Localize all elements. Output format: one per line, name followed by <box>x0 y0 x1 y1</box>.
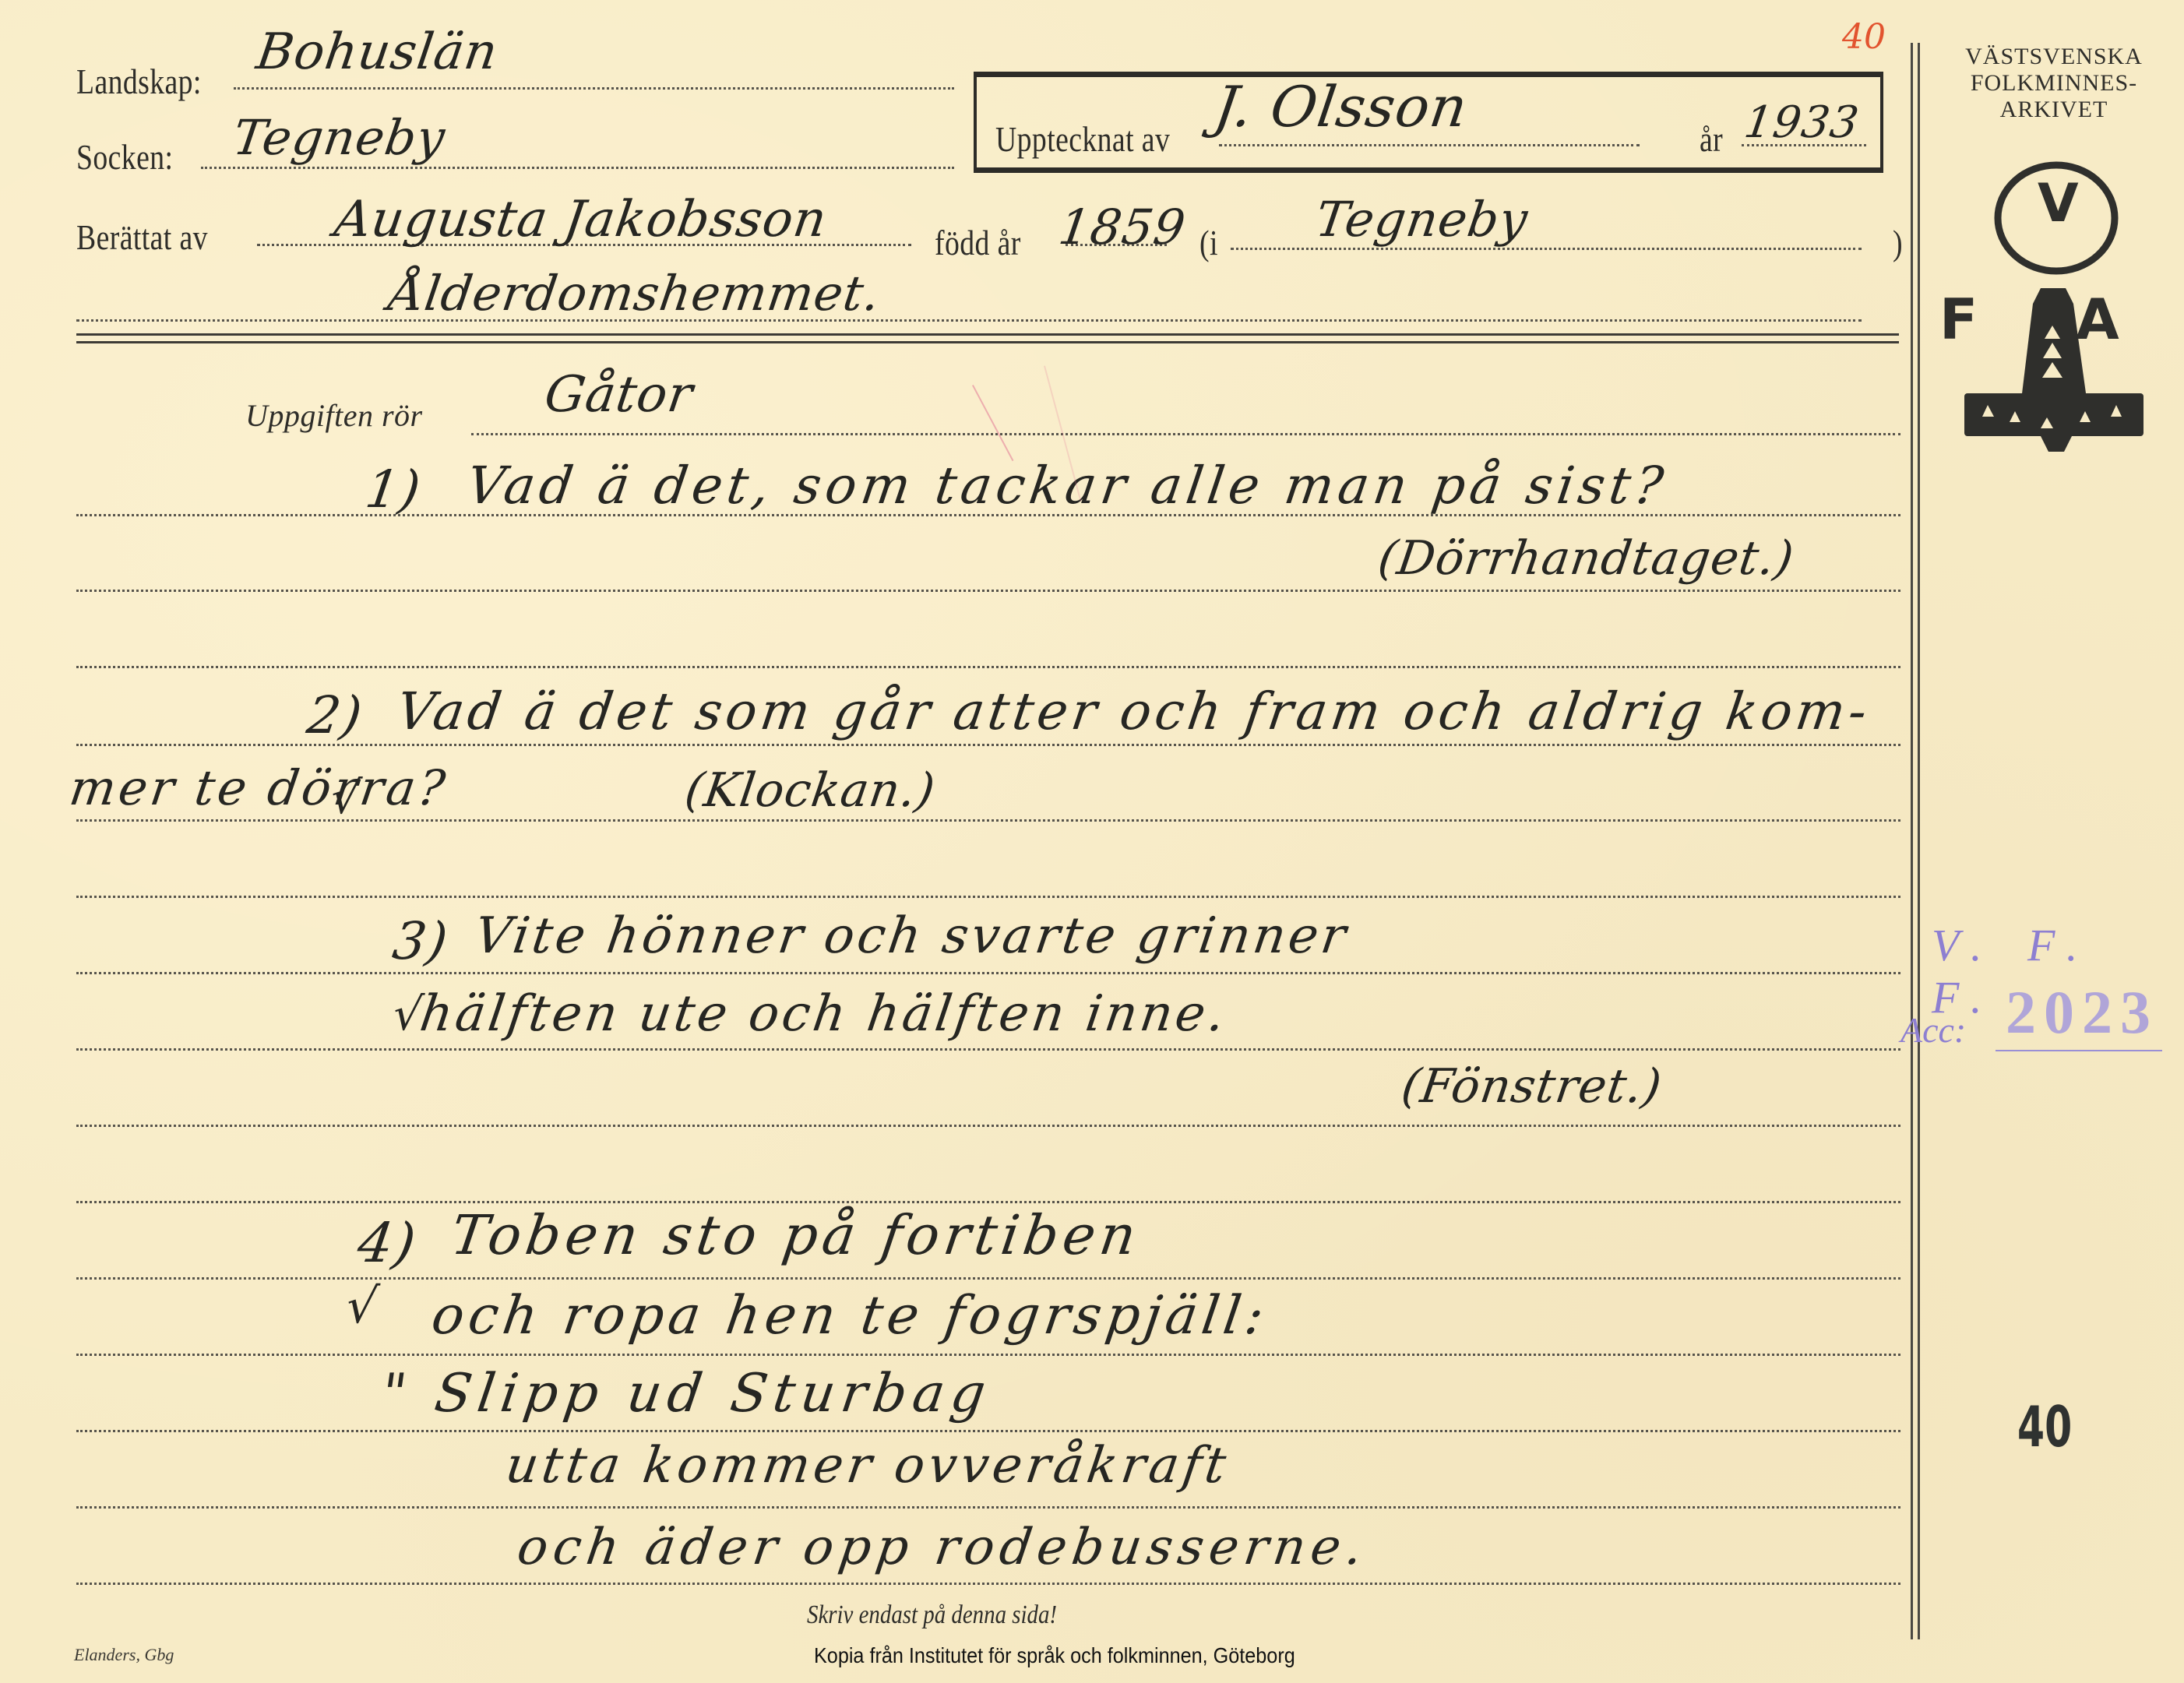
riddle-line: Vite hönner och svarte grinner <box>471 907 1352 965</box>
logo-letter-f: F <box>1939 287 1978 352</box>
riddle-number: 1) <box>362 459 425 519</box>
stamp-acc-number: 2023 <box>2006 977 2158 1047</box>
socken-line <box>201 167 954 169</box>
riddle-number: 2) <box>304 685 367 745</box>
riddle-line: Vad ä det, som tackar alle man på sist? <box>463 456 1671 516</box>
ar-label: år <box>1700 118 1723 160</box>
instruction-text: Skriv endast på denna sida! <box>807 1600 1057 1630</box>
check-mark-icon: √ <box>343 1277 382 1334</box>
printer-mark: Elanders, Gbg <box>74 1645 174 1665</box>
archive-name-line2: FOLKMINNES- <box>1924 70 2184 97</box>
landskap-line <box>234 87 954 90</box>
archive-name-line3: ARKIVET <box>1924 97 2184 123</box>
ruled-line <box>76 666 1900 668</box>
socken-value: Tegneby <box>230 109 449 166</box>
ruled-line <box>76 1430 1900 1432</box>
berattat-line2 <box>76 319 1862 322</box>
red-page-number: 40 <box>1842 17 1886 57</box>
logo-letter-a: A <box>2076 287 2119 352</box>
copy-note: Kopia från Institutet för språk och folk… <box>814 1643 1295 1668</box>
ruled-line <box>76 1125 1900 1127</box>
berattat-value: Augusta Jakobsson <box>331 191 831 248</box>
ruled-line <box>76 972 1900 974</box>
uppgiften-value: Gåtor <box>541 366 697 424</box>
riddle-line: utta kommer ovveråkraft <box>502 1437 1233 1495</box>
ar-value: 1933 <box>1741 97 1862 148</box>
riddle-line: Vad ä det som går atter och fram och ald… <box>393 681 1875 741</box>
header-divider-top <box>76 333 1899 336</box>
riddle-answer: (Dörrhandtaget.) <box>1375 531 1798 586</box>
birthplace-line <box>1231 248 1862 250</box>
birthplace-open-paren: (i <box>1199 222 1218 263</box>
ruled-line <box>76 1583 1900 1585</box>
ruled-line <box>76 1506 1900 1509</box>
berattat-label: Berättat av <box>76 217 208 258</box>
header-divider-bottom <box>76 341 1899 343</box>
riddle-line: Toben sto på fortiben <box>447 1203 1144 1267</box>
sheet-number: 40 <box>2017 1394 2072 1459</box>
riddle-number: 3) <box>389 911 453 971</box>
riddle-line: mer te dörra? <box>66 759 452 816</box>
ruled-line <box>76 1354 1900 1356</box>
uppgiften-label: Uppgiften rör <box>245 397 423 434</box>
upptecknat-label: Uppteckna​t av <box>995 118 1170 160</box>
archive-name-line1: VÄSTSVENSKA <box>1924 44 2184 70</box>
ruled-line <box>76 590 1900 592</box>
fodd-label: född år <box>935 222 1021 263</box>
stamp-acc-label: Acc: <box>1900 1009 1966 1051</box>
archive-name: VÄSTSVENSKA FOLKMINNES- ARKIVET <box>1924 44 2184 123</box>
riddle-number: 4) <box>354 1211 420 1275</box>
archive-column-divider-left <box>1911 43 1913 1639</box>
birthplace-close-paren: ) <box>1893 222 1903 263</box>
birthplace-value: Tegneby <box>1312 191 1532 248</box>
riddle-answer: (Klockan.) <box>682 763 939 818</box>
upptecknat-line <box>1219 144 1640 146</box>
ruled-line <box>76 1048 1900 1051</box>
fodd-value: 1859 <box>1055 199 1189 255</box>
landskap-value: Bohuslän <box>253 23 502 81</box>
landskap-label: Landskap: <box>76 61 202 102</box>
riddle-line: och äder opp rodebusserne. <box>514 1519 1372 1576</box>
riddle-line: och ropa hen te fogrspjäll: <box>428 1285 1272 1347</box>
logo-letter-v: V <box>2038 173 2079 234</box>
socken-label: Socken: <box>76 136 173 178</box>
uppgiften-line <box>471 433 1900 435</box>
berattat-value-line2: Ålderdomshemmet. <box>386 265 884 322</box>
ruled-line <box>76 896 1900 898</box>
riddle-line: hälften ute och hälften inne. <box>417 985 1231 1043</box>
stamp-acc-underline <box>1996 1050 2162 1051</box>
riddle-line: " Slipp ud Sturbag <box>377 1363 995 1424</box>
riddle-answer: (Fönstret.) <box>1398 1059 1665 1114</box>
red-pencil-mark <box>972 385 1013 461</box>
upptecknat-value: J. Olsson <box>1210 74 1472 139</box>
archive-column-divider-right <box>1918 43 1920 1639</box>
